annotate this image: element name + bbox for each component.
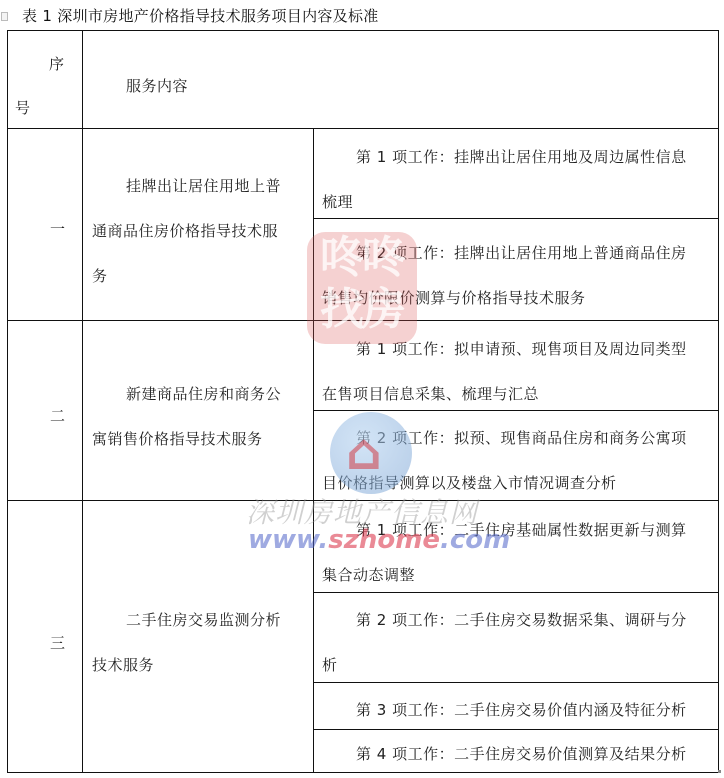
- work-item: 第 2 项工作：挂牌出让居住用地上普通商品住房 销售均价限价测算与价格指导技术服…: [314, 219, 719, 320]
- work-item: 第 1 项工作：挂牌出让居住用地及周边属性信息 梳理: [314, 129, 719, 218]
- service-name-line: 务: [92, 266, 108, 286]
- header-index-line1: 序: [49, 54, 65, 74]
- work-item-line: 第 2 项工作：拟预、现售商品住房和商务公寓项: [356, 428, 687, 448]
- service-name-line: 二手住房交易监测分析: [126, 610, 281, 630]
- work-item-line: 第 1 项工作：拟申请预、现售项目及周边同类型: [356, 339, 687, 359]
- service-name-line: 通商品住房价格指导技术服: [92, 221, 278, 241]
- service-name-line: 新建商品住房和商务公: [126, 384, 281, 404]
- table-row: 一 挂牌出让居住用地上普 通商品住房价格指导技术服 务: [7, 129, 313, 320]
- work-item: 第 4 项工作：二手住房交易价值测算及结果分析: [314, 730, 719, 773]
- table-row: 三 二手住房交易监测分析 技术服务: [7, 501, 313, 773]
- work-item-line: 第 1 项工作：挂牌出让居住用地及周边属性信息: [356, 147, 687, 167]
- work-item: 第 3 项工作：二手住房交易价值内涵及特征分析: [314, 683, 719, 729]
- work-item-line: 第 2 项工作：二手住房交易数据采集、调研与分: [356, 610, 687, 630]
- table-row: 二 新建商品住房和商务公 寓销售价格指导技术服务: [7, 321, 313, 500]
- row-index: 三: [50, 633, 66, 653]
- service-name-line: 挂牌出让居住用地上普: [126, 176, 281, 196]
- service-name-line: 寓销售价格指导技术服务: [92, 429, 263, 449]
- header-content-label: 服务内容: [126, 76, 188, 96]
- work-item-line: 销售均价限价测算与价格指导技术服务: [322, 288, 586, 308]
- header-index-line2: 号: [15, 98, 31, 118]
- work-item-line: 第 2 项工作：挂牌出让居住用地上普通商品住房: [356, 243, 687, 263]
- header-content-cell: 服务内容: [83, 30, 719, 128]
- work-item: 第 1 项工作：拟申请预、现售项目及周边同类型 在售项目信息采集、梳理与汇总: [314, 321, 719, 410]
- work-item: 第 2 项工作：二手住房交易数据采集、调研与分 析: [314, 593, 719, 682]
- work-item-line: 第 1 项工作：二手住房基础属性数据更新与测算: [356, 520, 687, 540]
- work-item-line: 目价格指导测算以及楼盘入市情况调查分析: [322, 473, 617, 493]
- row-index: 一: [50, 219, 66, 239]
- work-item-line: 集合动态调整: [322, 565, 415, 585]
- work-item: 第 2 项工作：拟预、现售商品住房和商务公寓项 目价格指导测算以及楼盘入市情况调…: [314, 411, 719, 500]
- work-item-line: 第 3 项工作：二手住房交易价值内涵及特征分析: [356, 700, 687, 720]
- work-item-line: 梳理: [322, 192, 353, 212]
- work-item: 第 1 项工作：二手住房基础属性数据更新与测算 集合动态调整: [314, 501, 719, 592]
- work-item-line: 第 4 项工作：二手住房交易价值测算及结果分析: [356, 744, 687, 764]
- work-item-line: 在售项目信息采集、梳理与汇总: [322, 384, 539, 404]
- row-index: 二: [50, 406, 66, 426]
- service-name-line: 技术服务: [92, 655, 154, 675]
- work-item-line: 析: [322, 655, 338, 675]
- table-anchor-handle[interactable]: [1, 12, 8, 21]
- header-index-cell: 序 号: [7, 30, 82, 128]
- table-resize-handle[interactable]: [718, 770, 721, 773]
- table-caption: 表 1 深圳市房地产价格指导技术服务项目内容及标准: [22, 6, 379, 26]
